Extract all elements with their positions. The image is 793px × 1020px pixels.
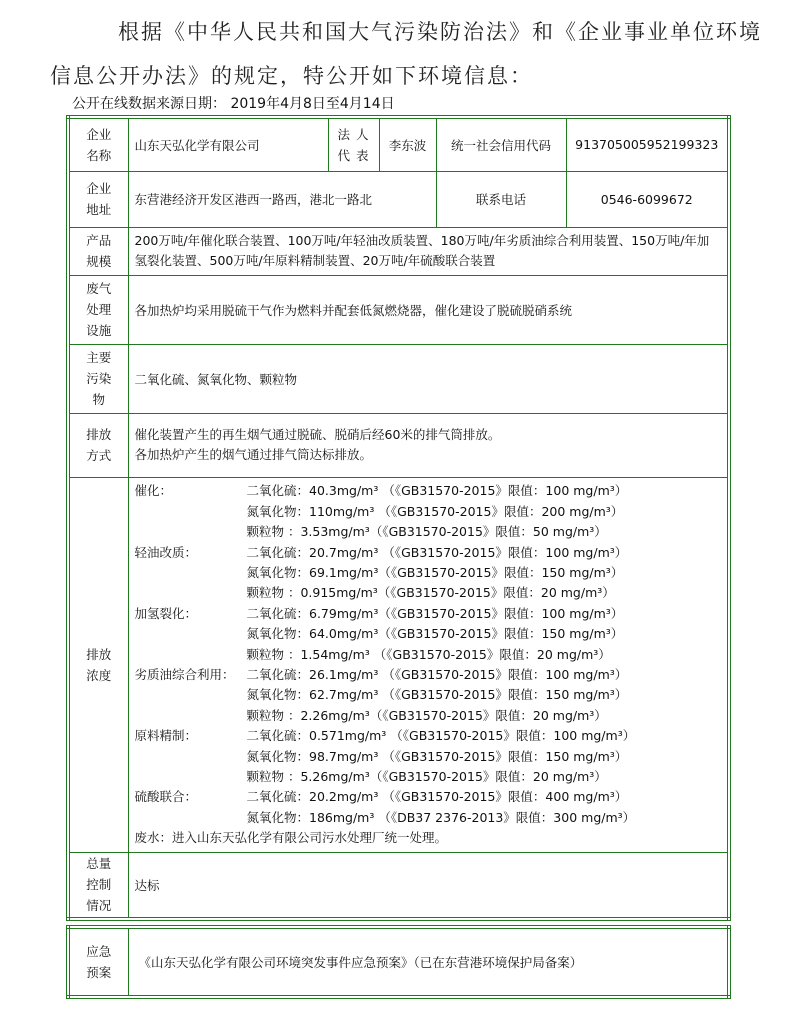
emission-line: 颗粒物 ：0.915mg/m³（《GB31570-2015》限值：20 mg/m… — [135, 583, 722, 603]
row-pollutants: 主要污染物 二氧化硫、氮氧化物、颗粒物 — [68, 344, 729, 413]
legal-rep-label: 法 人 代 表 — [328, 117, 379, 171]
row-total-control: 总量控制情况 达标 — [68, 852, 729, 919]
credit-code-label: 统一社会信用代码 — [436, 117, 566, 171]
concentration-value: 催化：二氧化硫：40.3mg/m³ （《GB31570-2015》限值：100 … — [128, 477, 729, 852]
address-label: 企业地址 — [68, 171, 128, 227]
emission-line: 氮氧化物：98.7mg/m³ （《GB31570-2015》限值：150 mg/… — [135, 747, 722, 767]
product-value: 200万吨/年催化联合装置、100万吨/年轻油改质装置、180万吨/年劣质油综合… — [128, 227, 729, 275]
emission-line: 氮氧化物：186mg/m³ （《DB37 2376-2013》限值：300 mg… — [135, 808, 722, 828]
row-address: 企业地址 东营港经济开发区港西一路西，港北一路北 联系电话 0546-60996… — [68, 171, 729, 227]
row-concentration: 排放浓度 催化：二氧化硫：40.3mg/m³ （《GB31570-2015》限值… — [68, 477, 729, 852]
gas-treatment-value: 各加热炉均采用脱硫干气作为燃料并配套低氮燃烧器，催化建设了脱硫脱硝系统 — [128, 275, 729, 344]
row-discharge: 排放方式 催化装置产生的再生烟气通过脱硫、脱硝后经60米的排气筒排放。 各加热炉… — [68, 413, 729, 477]
company-name-label: 企业名称 — [68, 117, 128, 171]
emission-line: 氮氧化物：110mg/m³ （《GB31570-2015》限值：200 mg/m… — [135, 502, 722, 522]
wastewater-line: 废水：进入山东天弘化学有限公司污水处理厂统一处理。 — [135, 828, 722, 848]
emission-line: 颗粒物 ：1.54mg/m³ （《GB31570-2015》限值：20 mg/m… — [135, 645, 722, 665]
pollutants-label: 主要污染物 — [68, 344, 128, 413]
discharge-line: 催化装置产生的再生烟气通过脱硫、脱硝后经60米的排气筒排放。 — [135, 425, 722, 445]
emission-line: 劣质油综合利用：二氧化硫：26.1mg/m³ （《GB31570-2015》限值… — [135, 665, 722, 685]
discharge-label: 排放方式 — [68, 413, 128, 477]
emission-line: 颗粒物 ：5.26mg/m³（《GB31570-2015》限值：20 mg/m³… — [135, 767, 722, 787]
pollutants-value: 二氧化硫、氮氧化物、颗粒物 — [128, 344, 729, 413]
emission-line: 颗粒物 ：3.53mg/m³（《GB31570-2015》限值：50 mg/m³… — [135, 522, 722, 542]
legal-rep-value: 李东波 — [379, 117, 436, 171]
emission-line: 颗粒物 ：2.26mg/m³（《GB31570-2015》限值：20 mg/m³… — [135, 706, 722, 726]
address-value: 东营港经济开发区港西一路西，港北一路北 — [128, 171, 436, 227]
discharge-line: 各加热炉产生的烟气通过排气筒达标排放。 — [135, 445, 722, 465]
row-emergency: 应急预案 《山东天弘化学有限公司环境突发事件应急预案》（已在东营港环境保护局备案… — [68, 927, 729, 997]
emission-line: 氮氧化物：69.1mg/m³（《GB31570-2015》限值：150 mg/m… — [135, 563, 722, 583]
intro-line-2: 信息公开办法》的规定，特公开如下环境信息： — [50, 60, 533, 90]
emergency-value: 《山东天弘化学有限公司环境突发事件应急预案》（已在东营港环境保护局备案） — [128, 927, 729, 997]
discharge-value: 催化装置产生的再生烟气通过脱硫、脱硝后经60米的排气筒排放。 各加热炉产生的烟气… — [128, 413, 729, 477]
row-gas-treatment: 废气处理设施 各加热炉均采用脱硫干气作为燃料并配套低氮燃烧器，催化建设了脱硫脱硝… — [68, 275, 729, 344]
company-name-value: 山东天弘化学有限公司 — [128, 117, 328, 171]
emission-line: 催化：二氧化硫：40.3mg/m³ （《GB31570-2015》限值：100 … — [135, 481, 722, 501]
emission-line: 氮氧化物：62.7mg/m³ （《GB31570-2015》限值：150 mg/… — [135, 685, 722, 705]
emission-line: 轻油改质：二氧化硫：20.7mg/m³ （《GB31570-2015》限值：10… — [135, 543, 722, 563]
emission-line: 原料精制：二氧化硫：0.571mg/m³ （《GB31570-2015》限值：1… — [135, 726, 722, 746]
row-company: 企业名称 山东天弘化学有限公司 法 人 代 表 李东波 统一社会信用代码 913… — [68, 117, 729, 171]
emission-line: 硫酸联合：二氧化硫：20.2mg/m³ （《GB31570-2015》限值：40… — [135, 787, 722, 807]
emission-line: 氮氧化物：64.0mg/m³（《GB31570-2015》限值：150 mg/m… — [135, 624, 722, 644]
product-label: 产品规模 — [68, 227, 128, 275]
gas-treatment-label: 废气处理设施 — [68, 275, 128, 344]
credit-code-value: 913705005952199323 — [566, 117, 729, 171]
intro-line-1: 根据《中华人民共和国大气污染防治法》和《企业事业单位环境 — [118, 16, 762, 46]
total-control-value: 达标 — [128, 852, 729, 919]
total-control-label: 总量控制情况 — [68, 852, 128, 919]
emergency-plan-table: 应急预案 《山东天弘化学有限公司环境突发事件应急预案》（已在东营港环境保护局备案… — [66, 925, 731, 999]
environment-info-table: 企业名称 山东天弘化学有限公司 法 人 代 表 李东波 统一社会信用代码 913… — [66, 115, 731, 921]
data-date-range: 公开在线数据来源日期： 2019年4月8日至4月14日 — [72, 93, 395, 113]
emergency-label: 应急预案 — [68, 927, 128, 997]
row-product: 产品规模 200万吨/年催化联合装置、100万吨/年轻油改质装置、180万吨/年… — [68, 227, 729, 275]
emission-line: 加氢裂化：二氧化硫：6.79mg/m³（《GB31570-2015》限值：100… — [135, 604, 722, 624]
phone-label: 联系电话 — [436, 171, 566, 227]
phone-value: 0546-6099672 — [566, 171, 729, 227]
concentration-label: 排放浓度 — [68, 477, 128, 852]
